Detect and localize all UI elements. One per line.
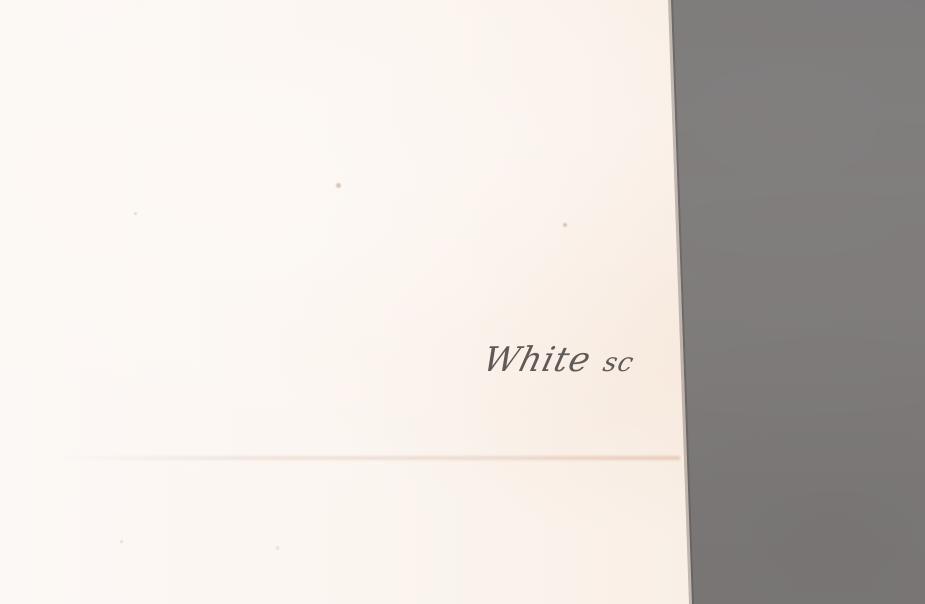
paper-crease (60, 456, 680, 460)
foxing-spot (120, 540, 123, 543)
foxing-spot (563, 223, 567, 227)
engraver-name: White (479, 340, 595, 380)
engraver-signature: Whitesc (479, 340, 639, 380)
foxing-spot (134, 212, 137, 215)
foxing-spot (276, 546, 279, 550)
foxing-spot (336, 183, 341, 188)
